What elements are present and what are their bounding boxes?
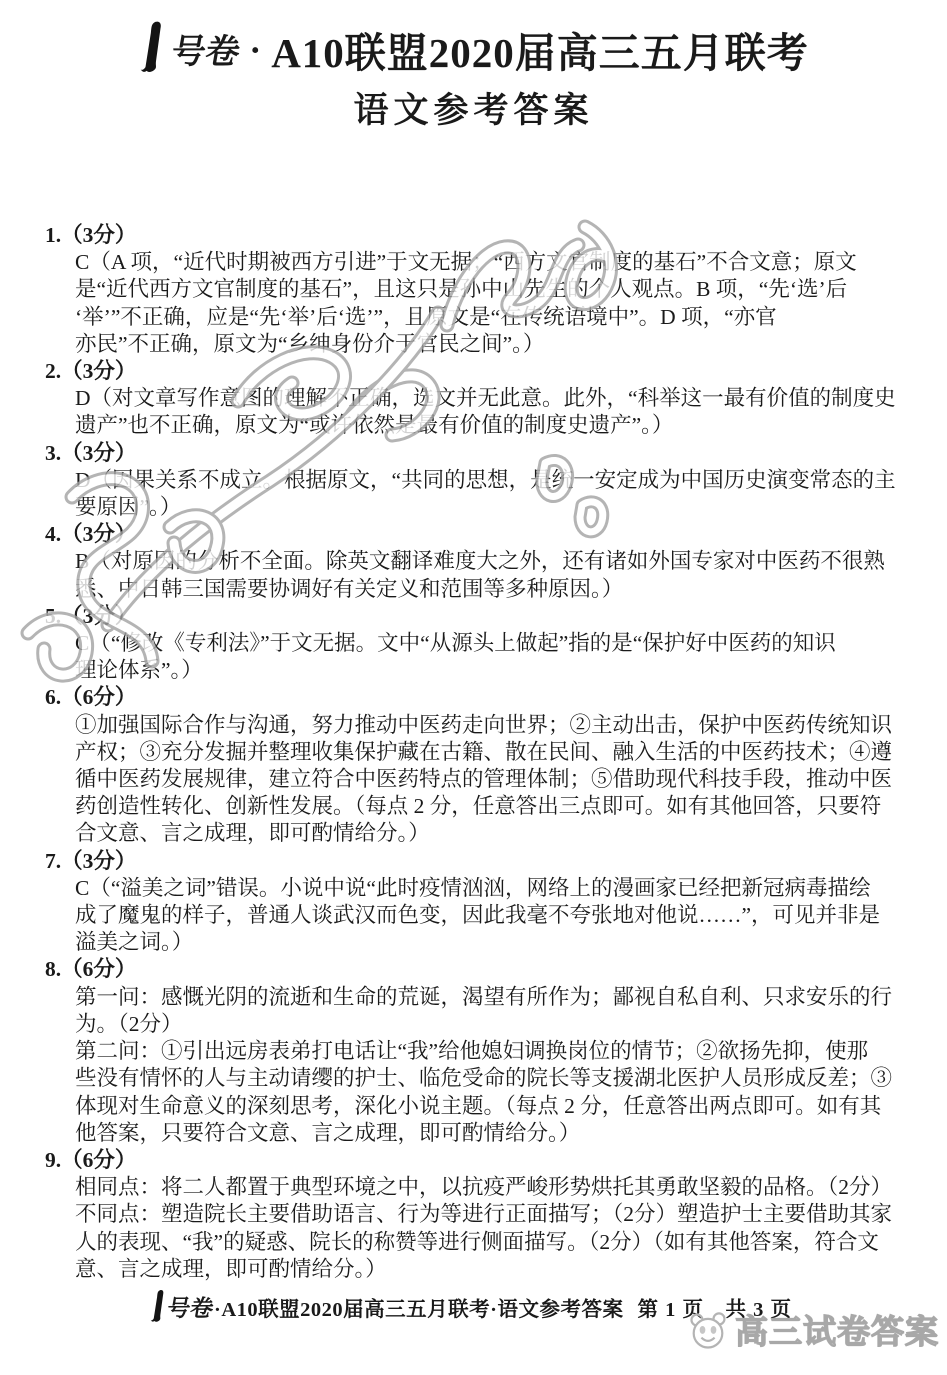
answer-item-4: 4.（3分）B（对原因的分析不全面。除英文翻译难度大之外，还有诸如外国专家对中医… bbox=[45, 521, 915, 603]
answer-label: 2.（3分） bbox=[45, 358, 915, 385]
answer-line: 第一问：感慨光阴的流逝和生命的荒诞，渴望有所作为；鄙视自私自利、只求安乐的行 bbox=[75, 984, 915, 1011]
answer-label: 5.（3分） bbox=[45, 603, 915, 630]
answer-line: C（“溢美之词”错误。小说中说“此时疫情汹汹，网络上的漫画家已经把新冠病毒描绘 bbox=[75, 875, 915, 902]
answer-line: 合文意、言之成理，即可酌情给分。） bbox=[75, 820, 915, 847]
answer-line: 产权；③充分发掘并整理收集保护藏在古籍、散在民间、融入生活的中医药技术；④遵 bbox=[75, 739, 915, 766]
answer-line: B（对原因的分析不全面。除英文翻译难度大之外，还有诸如外国专家对中医药不很熟 bbox=[75, 548, 915, 575]
answer-line: 不同点：塑造院长主要借助语言、行为等进行正面描写；（2分）塑造护士主要借助其家 bbox=[75, 1201, 915, 1228]
answer-label: 6.（6分） bbox=[45, 684, 915, 711]
answer-label: 4.（3分） bbox=[45, 521, 915, 548]
answer-label: 1.（3分） bbox=[45, 222, 915, 249]
title-main: A10联盟2020届高三五月联考 bbox=[271, 33, 809, 76]
answer-item-3: 3.（3分）D（因果关系不成立。根据原文，“共同的思想，是统一安定成为中国历史演… bbox=[45, 440, 915, 522]
answer-line: 亦民”不正确，原文为“乡绅身份介于官民之间”。） bbox=[75, 331, 915, 358]
answer-line: 体现对生命意义的深刻思考，深化小说主题。（每点 2 分，任意答出两点即可。如有其 bbox=[75, 1093, 915, 1120]
answer-line: 第二问：①引出远房表弟打电话让“我”给他媳妇调换岗位的情节；②欲扬先抑，使那 bbox=[75, 1038, 915, 1065]
page-footer: 号卷 ·A10联盟2020届高三五月联考·语文参考答案 第 1 页 共 3 页 bbox=[149, 1289, 792, 1323]
answer-line: 遗产”也不正确，原文为“或许依然是最有价值的制度史遗产”。） bbox=[75, 412, 915, 439]
answer-item-9: 9.（6分）相同点：将二人都置于典型环境之中，以抗疫严峻形势烘托其勇敢坚毅的品格… bbox=[45, 1147, 915, 1283]
answer-line: 循中医药发展规律，建立符合中医药特点的管理体制；⑤借助现代科技手段，推动中医 bbox=[75, 766, 915, 793]
answers: 1.（3分）C（A 项，“近代时期被西方引进”于文无据；“西方文官制度的基石”不… bbox=[45, 222, 915, 1283]
answer-line: 为。（2分） bbox=[75, 1011, 915, 1038]
answer-label: 8.（6分） bbox=[45, 956, 915, 983]
answer-line: C（A 项，“近代时期被西方引进”于文无据；“西方文官制度的基石”不合文意；原文 bbox=[75, 249, 915, 276]
answer-item-2: 2.（3分）D（对文章写作意图的理解不正确，选文并无此意。此外，“科举这一最有价… bbox=[45, 358, 915, 440]
answer-item-8: 8.（6分）第一问：感慨光阴的流逝和生命的荒诞，渴望有所作为；鄙视自私自利、只求… bbox=[45, 956, 915, 1146]
answer-line: 意、言之成理，即可酌情给分。） bbox=[75, 1256, 915, 1283]
answer-line: 人的表现、“我”的疑惑、院长的称赞等进行侧面描写。（2分）（如有其他答案，符合文 bbox=[75, 1229, 915, 1256]
answer-line: 相同点：将二人都置于典型环境之中，以抗疫严峻形势烘托其勇敢坚毅的品格。（2分） bbox=[75, 1174, 915, 1201]
answer-line: 药创造性转化、创新性发展。（每点 2 分，任意答出三点即可。如有其他回答，只要符 bbox=[75, 793, 915, 820]
answer-line: D（因果关系不成立。根据原文，“共同的思想，是统一安定成为中国历史演变常态的主 bbox=[75, 467, 915, 494]
answer-line: 他答案，只要符合文意、言之成理，即可酌情给分。） bbox=[75, 1120, 915, 1147]
footer-brand-script: 号卷 bbox=[164, 1297, 217, 1323]
answer-line: C（“修改《专利法》”于文无据。文中“从源头上做起”指的是“保护好中医药的知识 bbox=[75, 630, 915, 657]
answer-item-7: 7.（3分）C（“溢美之词”错误。小说中说“此时疫情汹汹，网络上的漫画家已经把新… bbox=[45, 848, 915, 957]
title-separator: · bbox=[245, 32, 267, 76]
answer-line: 理论体系”。） bbox=[75, 657, 915, 684]
answer-label: 9.（6分） bbox=[45, 1147, 915, 1174]
answer-line: ‘举’”不正确，应是“先‘举’后‘选’”，且原文是“在传统语境中”。D 项，“亦… bbox=[75, 304, 915, 331]
footer-line-text: ·A10联盟2020届高三五月联考·语文参考答案 bbox=[214, 1300, 623, 1324]
answer-label: 3.（3分） bbox=[45, 440, 915, 467]
answer-line: 悉、中日韩三国需要协调好有关定义和范围等多种原因。） bbox=[75, 576, 915, 603]
answer-line: 些没有情怀的人与主动请缨的护士、临危受命的院长等支援湖北医护人员形成反差；③ bbox=[75, 1065, 915, 1092]
answer-item-5: 5.（3分）C（“修改《专利法》”于文无据。文中“从源头上做起”指的是“保护好中… bbox=[45, 603, 915, 685]
brand-brush-numeral-icon bbox=[138, 20, 165, 74]
answer-label: 7.（3分） bbox=[45, 848, 915, 875]
answer-line: 溢美之词。） bbox=[75, 929, 915, 956]
answer-line: ①加强国际合作与沟通，努力推动中医药走向世界；②主动出击，保护中医药传统知识 bbox=[75, 712, 915, 739]
page-subtitle: 语文参考答案 bbox=[0, 92, 947, 131]
answer-line: 是“近代西方文官制度的基石”，且这只是孙中山先生的个人观点。B 项，“先‘选’后 bbox=[75, 276, 915, 303]
page-title: 号卷 · A10联盟2020届高三五月联考 bbox=[0, 20, 947, 76]
footer-page-info: 第 1 页 共 3 页 bbox=[637, 1300, 792, 1324]
answer-line: 要原因”。） bbox=[75, 494, 915, 521]
answer-line: 成了魔鬼的样子，普通人谈武汉而色变，因此我毫不夸张地对他说……”，可见并非是 bbox=[75, 902, 915, 929]
answer-item-6: 6.（6分）①加强国际合作与沟通，努力推动中医药走向世界；②主动出击，保护中医药… bbox=[45, 684, 915, 847]
document-page: 号卷 · A10联盟2020届高三五月联考 语文参考答案 1.（3分）C（A 项… bbox=[0, 0, 947, 1375]
brand-script-label: 号卷 bbox=[166, 36, 245, 76]
answer-line: D（对文章写作意图的理解不正确，选文并无此意。此外，“科举这一最有价值的制度史 bbox=[75, 385, 915, 412]
answer-item-1: 1.（3分）C（A 项，“近代时期被西方引进”于文无据；“西方文官制度的基石”不… bbox=[45, 222, 915, 358]
